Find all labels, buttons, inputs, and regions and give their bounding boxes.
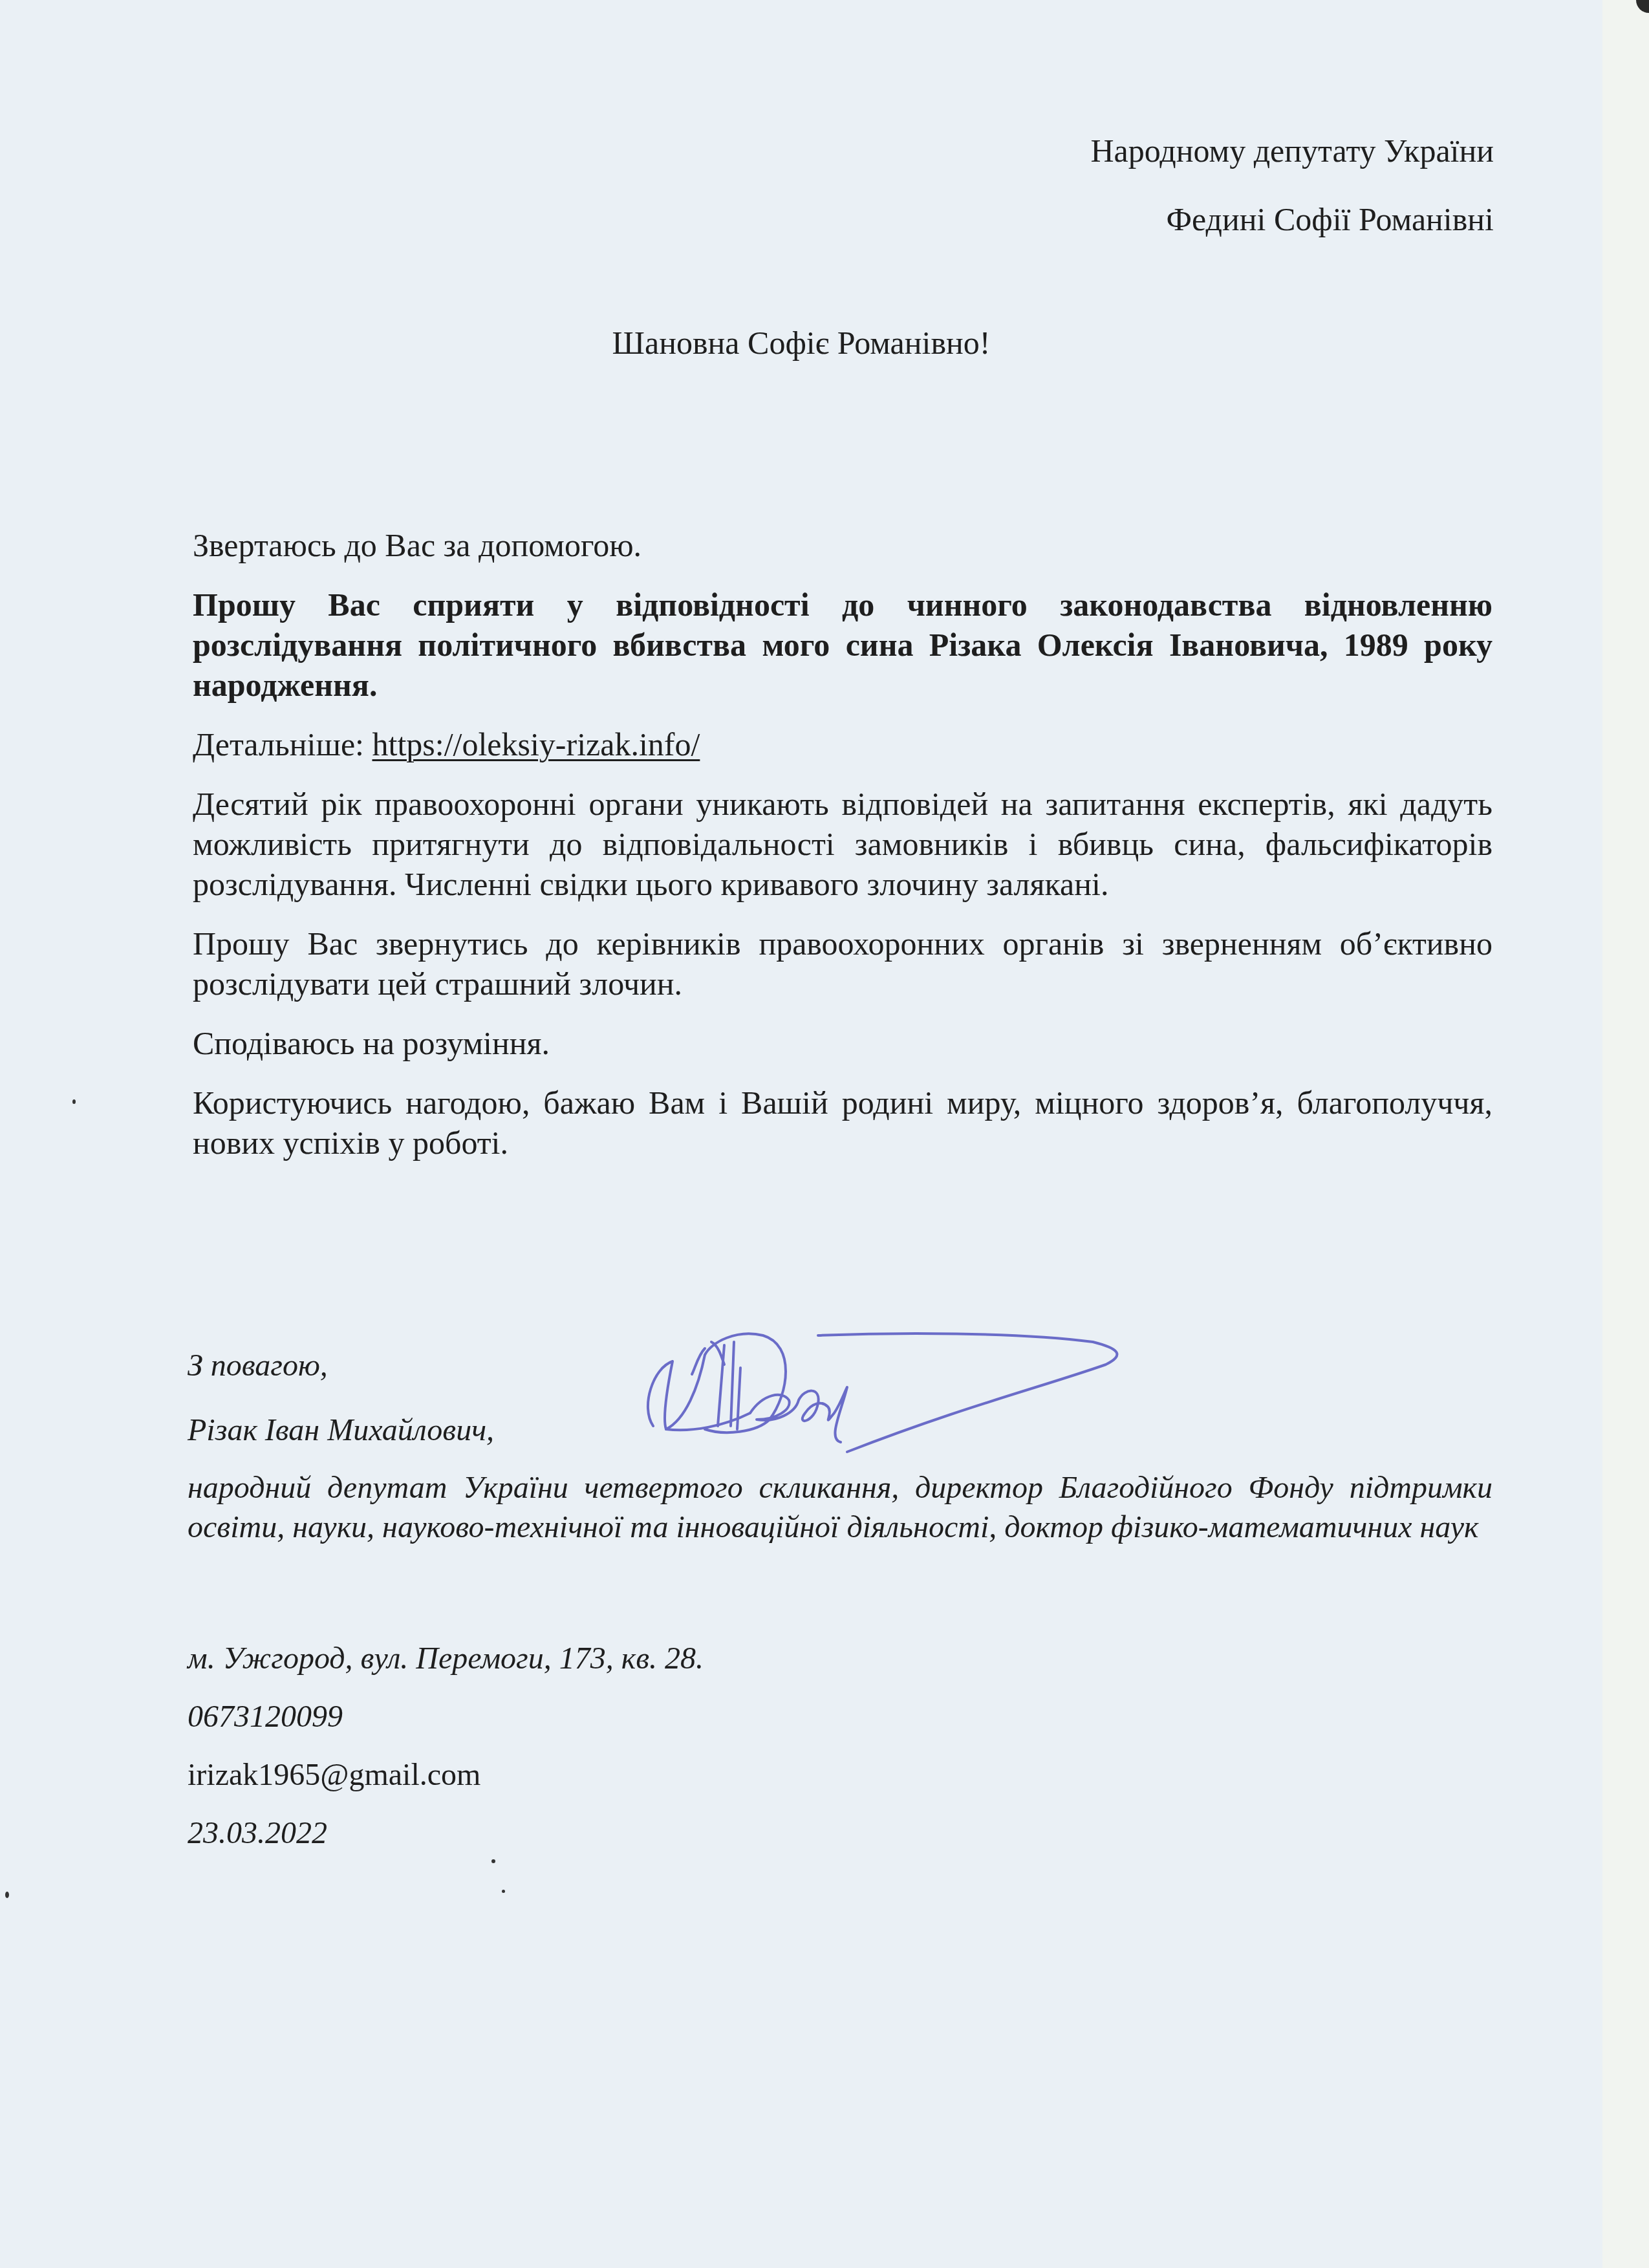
ink-speck	[502, 1890, 505, 1893]
paragraph-details: Детальніше: https://oleksiy-rizak.info/	[193, 724, 1493, 764]
email-address[interactable]: irizak1965@gmail.com	[188, 1746, 704, 1804]
salutation: Шановна Софіє Романівно!	[0, 320, 1602, 365]
ink-speck	[5, 1892, 9, 1898]
regards-line: З повагою,	[188, 1334, 494, 1398]
contacts-block: м. Ужгород, вул. Перемоги, 173, кв. 28. …	[188, 1630, 704, 1863]
ink-speck	[491, 1859, 495, 1863]
scan-margin	[1602, 0, 1649, 2268]
paragraph-context: Десятий рік правоохоронні органи уникают…	[193, 784, 1493, 904]
postal-address: м. Ужгород, вул. Перемоги, 173, кв. 28.	[188, 1630, 704, 1688]
details-link[interactable]: https://oleksiy-rizak.info/	[372, 726, 700, 762]
paragraph-appeal: Прошу Вас звернутись до керівників право…	[193, 923, 1493, 1004]
letter-date: 23.03.2022	[188, 1804, 704, 1863]
addressee-line-1: Народному депутату України	[1090, 116, 1494, 185]
signoff-block: З повагою, Різак Іван Михайлович,	[188, 1334, 494, 1463]
phone-number: 0673120099	[188, 1688, 704, 1746]
details-label: Детальніше:	[193, 726, 372, 762]
paragraph-hope: Сподіваюсь на розуміння.	[193, 1023, 1493, 1063]
paragraph-intro: Звертаюсь до Вас за допомогою.	[193, 525, 1493, 565]
letter-body: Звертаюсь до Вас за допомогою. Прошу Вас…	[193, 525, 1493, 1182]
signer-name: Різак Іван Михайлович,	[188, 1398, 494, 1463]
paragraph-request: Прошу Вас сприяти у відповідності до чин…	[193, 585, 1493, 705]
addressee-line-2: Федині Софії Романівні	[1090, 185, 1494, 254]
addressee-block: Народному депутату України Федині Софії …	[1090, 116, 1494, 254]
handwritten-signature-icon	[627, 1316, 1196, 1465]
ink-speck	[72, 1099, 76, 1104]
paragraph-wishes: Користуючись нагодою, бажаю Вам і Вашій …	[193, 1083, 1493, 1163]
signer-title: народний депутат України четвертого скли…	[188, 1468, 1493, 1547]
letter-page: Народному депутату України Федині Софії …	[0, 0, 1602, 2268]
